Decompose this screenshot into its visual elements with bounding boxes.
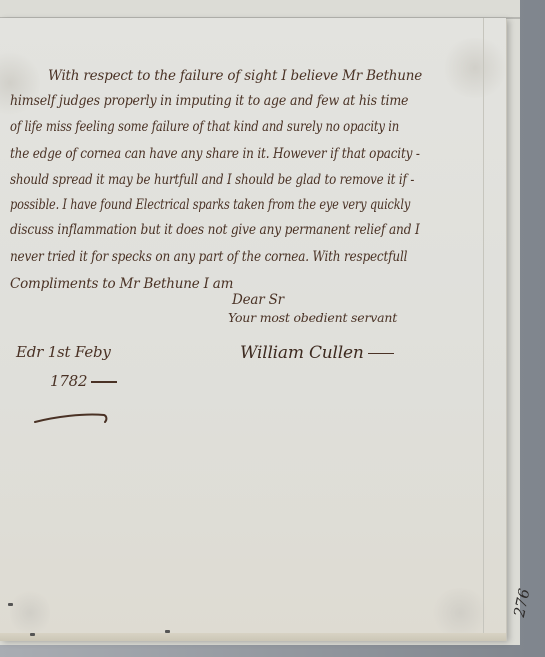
letter-line-1: With respect to the failure of sight I b… — [48, 68, 422, 84]
letter-line-4: the edge of cornea can have any share in… — [10, 146, 420, 162]
letter-line-9: Compliments to Mr Bethune I am — [10, 276, 233, 292]
signature-name: William Cullen — [240, 343, 364, 363]
margin-mark — [30, 633, 35, 636]
signature-dash — [368, 353, 394, 355]
letter-line-8: never tried it for specks on any part of… — [10, 249, 407, 265]
place-date: Edr 1st Feby — [16, 343, 111, 361]
letter-page — [0, 18, 506, 640]
paper-stain — [430, 588, 490, 638]
page-bottom-edge — [0, 633, 506, 641]
paper-stain — [10, 588, 50, 638]
page-fold-line — [483, 18, 484, 638]
year-dash — [91, 381, 117, 383]
year: 1782 — [50, 372, 117, 390]
closing-flourish — [34, 412, 108, 424]
paper-stain — [440, 38, 510, 98]
closing: Your most obedient servant — [228, 310, 397, 325]
margin-mark — [8, 603, 13, 606]
letter-line-6: possible. I have found Electrical sparks… — [10, 197, 410, 213]
salutation: Dear Sr — [232, 292, 284, 308]
margin-mark — [165, 630, 170, 633]
letter-line-3: of life miss feeling some failure of tha… — [10, 119, 399, 135]
signature: William Cullen — [240, 343, 394, 363]
letter-line-2: himself judges properly in imputing it t… — [10, 93, 408, 109]
letter-line-5: should spread it may be hurtfull and I s… — [10, 172, 414, 188]
letter-line-7: discuss inflammation but it does not giv… — [10, 222, 420, 238]
year-text: 1782 — [50, 372, 87, 390]
